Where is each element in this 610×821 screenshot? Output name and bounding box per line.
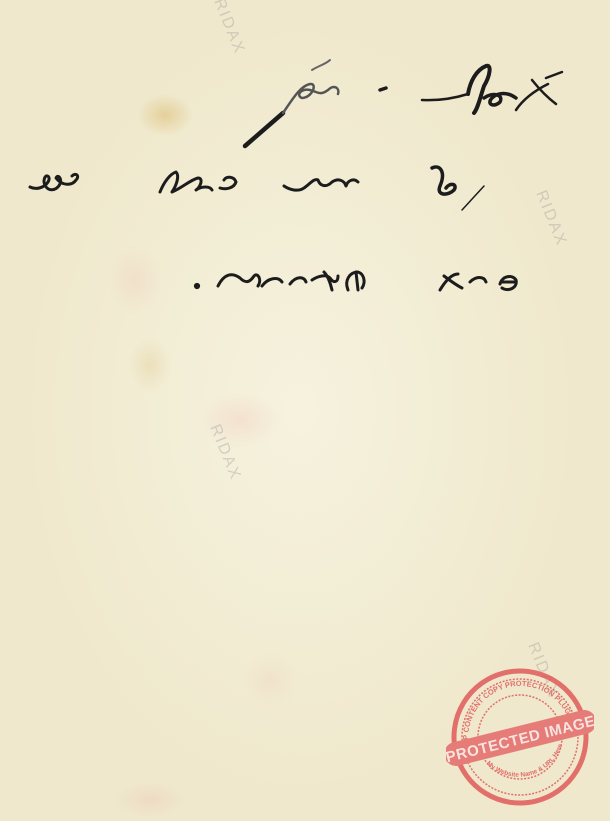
handwriting-line-3 <box>195 272 516 290</box>
photo-back-paper: RIDAX RIDAX RIDAX RIDAX <box>0 0 610 821</box>
handwriting-line-2 <box>30 167 484 210</box>
handwriting-line-1 <box>245 60 562 146</box>
protected-image-watermark: WP CONTENT COPY PROTECTION PLUGIN My Web… <box>446 668 594 806</box>
